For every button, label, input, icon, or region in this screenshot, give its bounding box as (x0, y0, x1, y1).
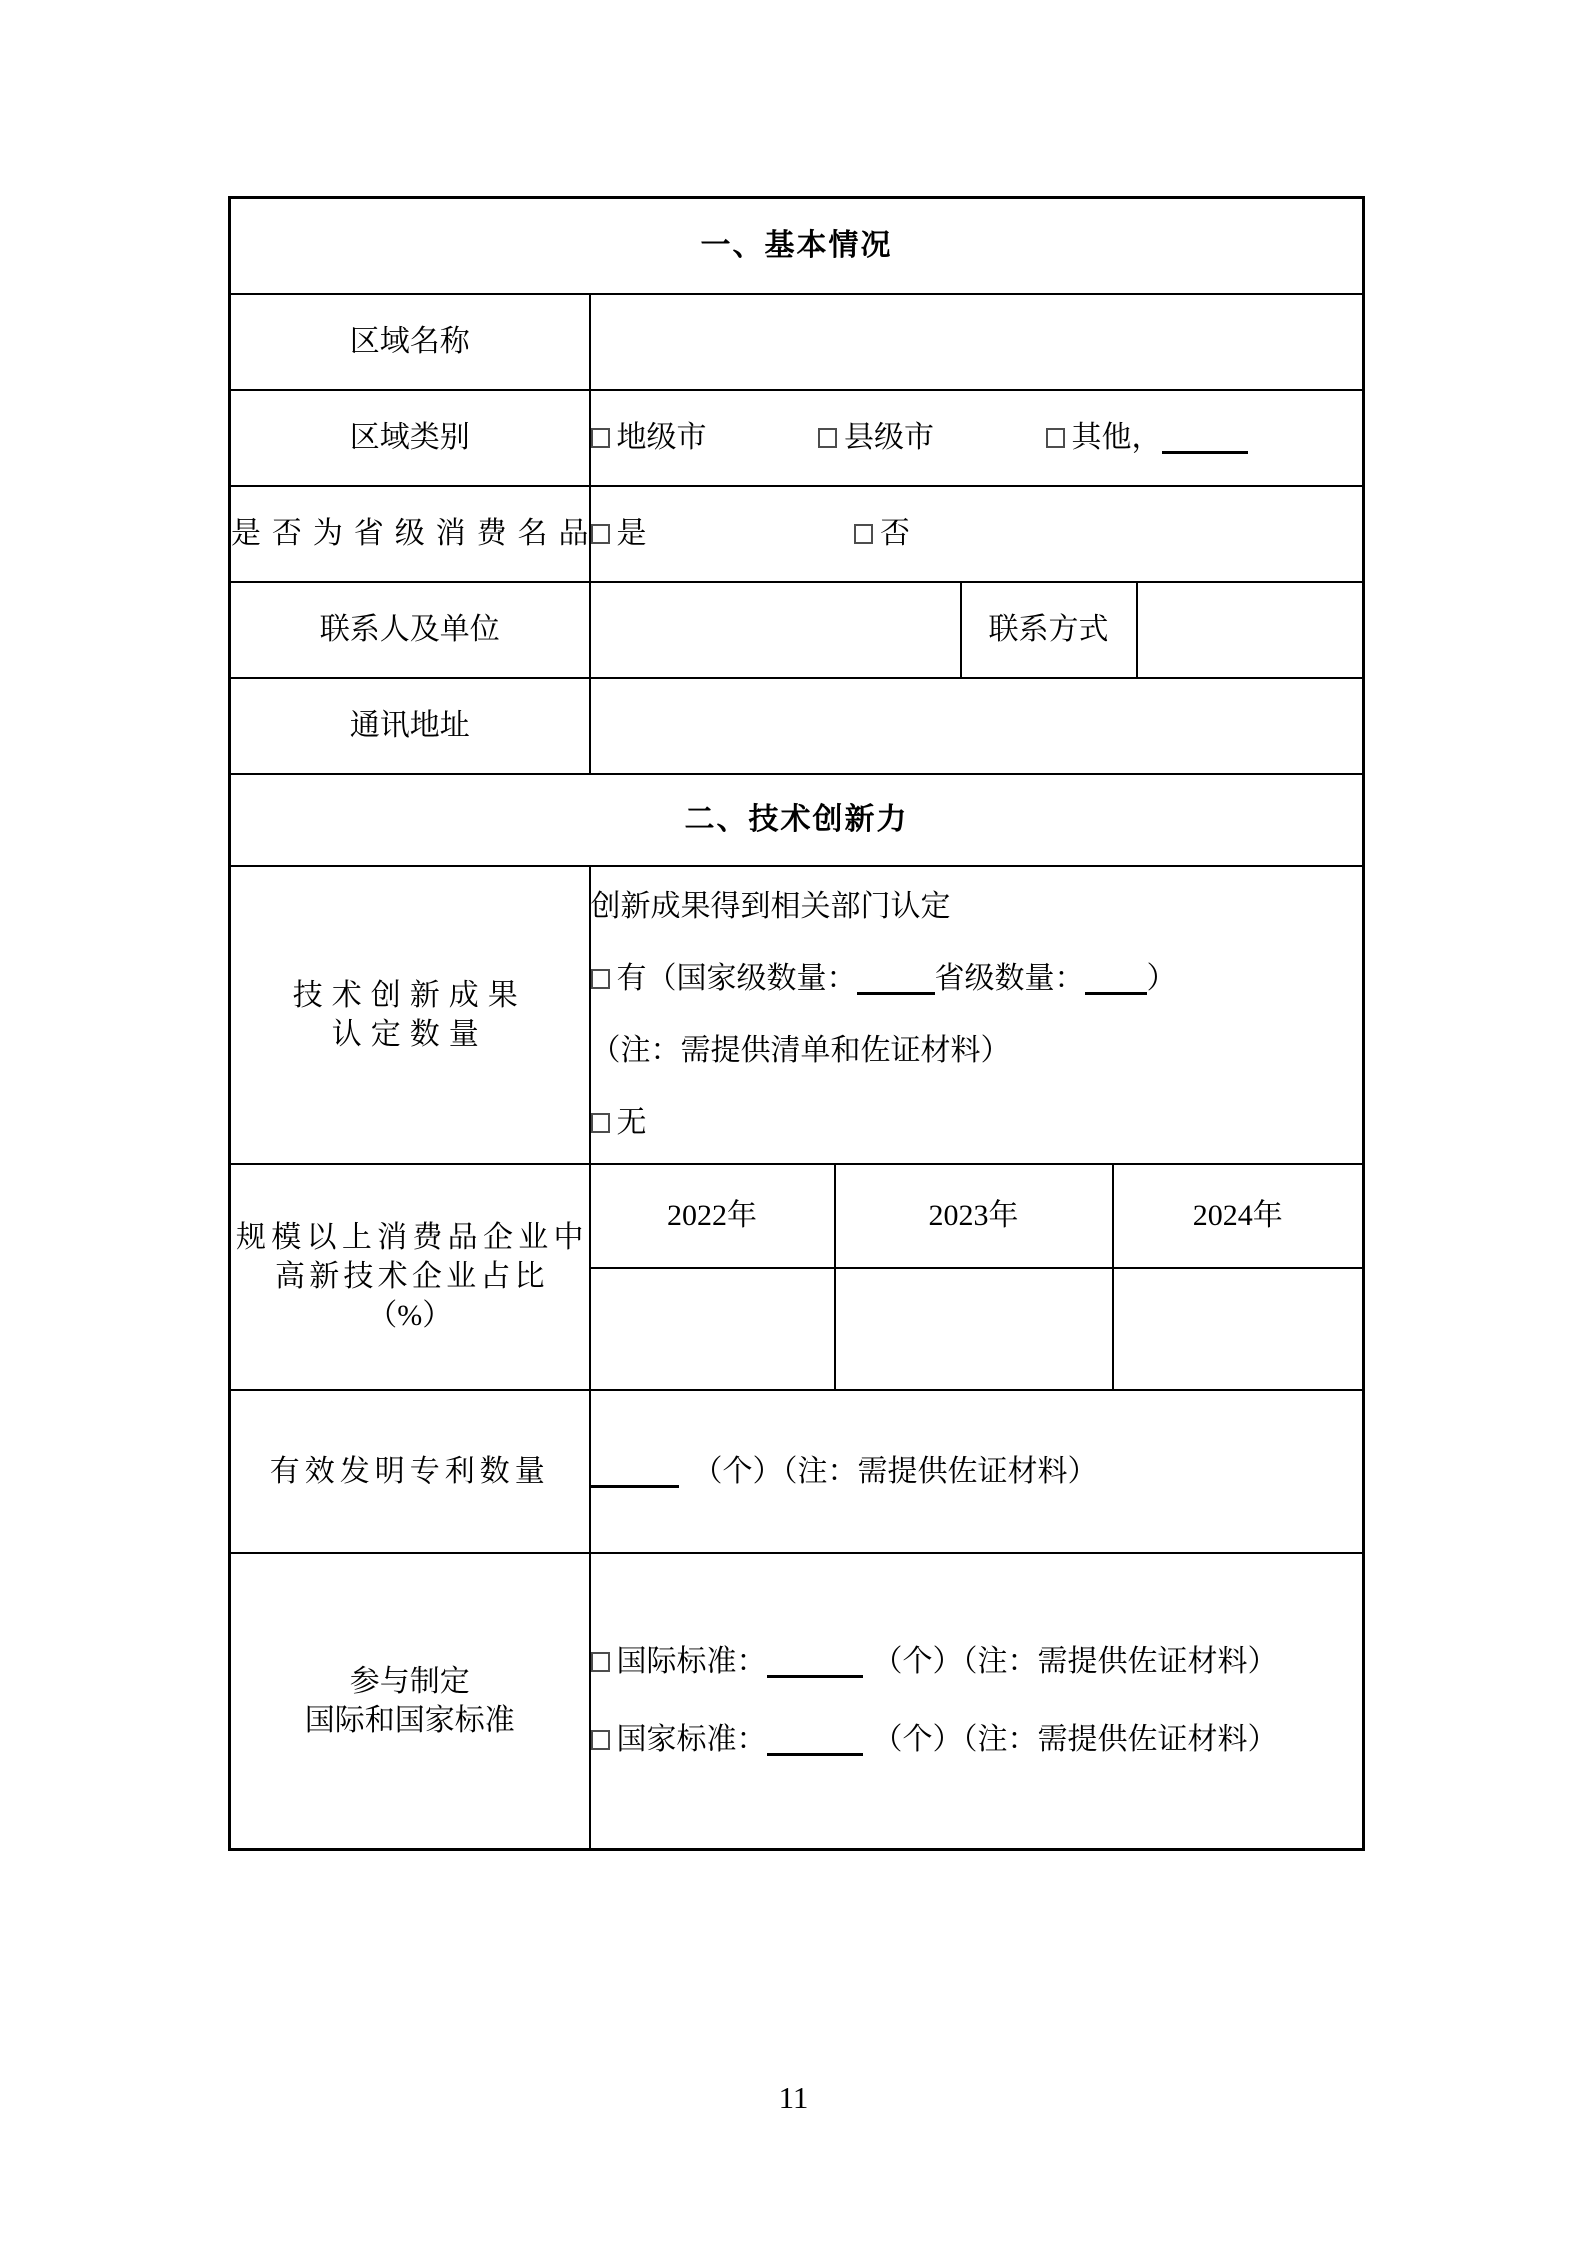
national-count-blank-line[interactable] (857, 990, 935, 995)
achievement-none-label: 无 (617, 1106, 647, 1139)
achievement-close-label: ） (1147, 962, 1177, 995)
provincial-famous-row: 是否为省级消费名品 是 否 (230, 486, 1364, 582)
option-yes[interactable]: 是 (591, 517, 647, 550)
region-name-row: 区域名称 (230, 294, 1364, 390)
achievement-label-line2: 认定数量 (231, 1015, 589, 1054)
region-type-options-cell: 地级市 县级市 其他， (590, 390, 1364, 486)
hightech-ratio-label-line1: 规模以上消费品企业中 (231, 1218, 589, 1257)
achievement-mid-label: 省级数量： (935, 962, 1085, 995)
region-name-value-cell[interactable] (590, 294, 1364, 390)
patent-count-blank-line[interactable] (591, 1483, 679, 1488)
provincial-options-cell: 是 否 (590, 486, 1364, 582)
provincial-count-blank-line[interactable] (1085, 990, 1147, 995)
region-type-row: 区域类别 地级市 县级市 其他， (230, 390, 1364, 486)
address-row: 通讯地址 (230, 678, 1364, 774)
checkbox-icon[interactable] (1046, 428, 1065, 448)
contact-method-label: 联系方式 (961, 582, 1137, 678)
year-header-2023: 2023年 (835, 1164, 1113, 1268)
standard-intl-label: 国际标准： (617, 1645, 767, 1678)
achievement-note: （注：需提供清单和佐证材料） (591, 1015, 1363, 1087)
hightech-ratio-label-line2: 高新技术企业占比 (231, 1257, 589, 1296)
standards-label-line1: 参与制定 (231, 1662, 589, 1701)
other-blank-line[interactable] (1162, 449, 1248, 454)
year-value-2022-cell[interactable] (590, 1268, 835, 1390)
year-value-2024-cell[interactable] (1113, 1268, 1364, 1390)
hightech-ratio-header-row: 规模以上消费品企业中 高新技术企业占比 （%） 2022年 2023年 2024… (230, 1164, 1364, 1268)
checkbox-icon[interactable] (591, 1113, 610, 1133)
checkbox-icon[interactable] (591, 969, 610, 989)
standard-natl-label: 国家标准： (617, 1723, 767, 1756)
application-form-table: 一、基本情况 区域名称 区域类别 地级市 县级市 其他， 是否为省级消费名品 是… (228, 196, 1365, 1851)
option-prefecture-city[interactable]: 地级市 (591, 421, 707, 454)
year-header-2022: 2022年 (590, 1164, 835, 1268)
section2-title: 二、技术创新力 (230, 774, 1364, 866)
contact-row: 联系人及单位 联系方式 (230, 582, 1364, 678)
address-value-cell[interactable] (590, 678, 1364, 774)
address-label: 通讯地址 (230, 678, 590, 774)
standard-intl-line: 国际标准：（个）（注：需提供佐证材料） (591, 1623, 1363, 1701)
contact-value-cell[interactable] (590, 582, 961, 678)
page-number: 11 (0, 2080, 1587, 2116)
option-other[interactable]: 其他， (1046, 421, 1248, 454)
patent-label: 有效发明专利数量 (230, 1390, 590, 1553)
achievement-label: 技术创新成果 认定数量 (230, 866, 590, 1164)
natl-standard-count-blank-line[interactable] (767, 1751, 863, 1756)
standard-intl-note: （个）（注：需提供佐证材料） (873, 1645, 1278, 1678)
standard-natl-line: 国家标准：（个）（注：需提供佐证材料） (591, 1701, 1363, 1779)
achievement-has-label: 有（国家级数量： (617, 962, 857, 995)
achievement-none-line: 无 (591, 1087, 1363, 1159)
region-type-label: 区域类别 (230, 390, 590, 486)
achievement-content-cell: 创新成果得到相关部门认定 有（国家级数量：省级数量：） （注：需提供清单和佐证材… (590, 866, 1364, 1164)
achievement-has-line: 有（国家级数量：省级数量：） (591, 943, 1363, 1015)
option-county-city[interactable]: 县级市 (818, 421, 934, 454)
standards-row: 参与制定 国际和国家标准 国际标准：（个）（注：需提供佐证材料） 国家标准：（个… (230, 1553, 1364, 1850)
patent-note: （个）（注：需提供佐证材料） (693, 1455, 1098, 1488)
option-no-label: 否 (880, 517, 910, 550)
option-county-city-label: 县级市 (844, 421, 934, 454)
provincial-famous-label: 是否为省级消费名品 (230, 486, 590, 582)
achievement-row: 技术创新成果 认定数量 创新成果得到相关部门认定 有（国家级数量：省级数量：） … (230, 866, 1364, 1164)
year-header-2024: 2024年 (1113, 1164, 1364, 1268)
checkbox-icon[interactable] (591, 428, 610, 448)
section1-title-row: 一、基本情况 (230, 198, 1364, 294)
section1-title: 一、基本情况 (230, 198, 1364, 294)
checkbox-icon[interactable] (591, 1730, 610, 1750)
standards-label-line2: 国际和国家标准 (231, 1701, 589, 1740)
contact-label: 联系人及单位 (230, 582, 590, 678)
option-other-label: 其他， (1072, 421, 1162, 454)
contact-method-value-cell[interactable] (1137, 582, 1364, 678)
year-value-2023-cell[interactable] (835, 1268, 1113, 1390)
standard-natl-note: （个）（注：需提供佐证材料） (873, 1723, 1278, 1756)
option-yes-label: 是 (617, 517, 647, 550)
standards-label: 参与制定 国际和国家标准 (230, 1553, 590, 1850)
checkbox-icon[interactable] (854, 524, 873, 544)
checkbox-icon[interactable] (591, 524, 610, 544)
checkbox-icon[interactable] (591, 1652, 610, 1672)
checkbox-icon[interactable] (818, 428, 837, 448)
section2-title-row: 二、技术创新力 (230, 774, 1364, 866)
achievement-label-line1: 技术创新成果 (231, 976, 589, 1015)
intl-standard-count-blank-line[interactable] (767, 1673, 863, 1678)
option-no[interactable]: 否 (854, 517, 910, 550)
hightech-ratio-label: 规模以上消费品企业中 高新技术企业占比 （%） (230, 1164, 590, 1390)
region-name-label: 区域名称 (230, 294, 590, 390)
patent-content-cell: （个）（注：需提供佐证材料） (590, 1390, 1364, 1553)
patent-row: 有效发明专利数量 （个）（注：需提供佐证材料） (230, 1390, 1364, 1553)
standards-content-cell: 国际标准：（个）（注：需提供佐证材料） 国家标准：（个）（注：需提供佐证材料） (590, 1553, 1364, 1850)
option-prefecture-city-label: 地级市 (617, 421, 707, 454)
hightech-ratio-label-line3: （%） (231, 1296, 589, 1335)
achievement-desc: 创新成果得到相关部门认定 (591, 871, 1363, 943)
